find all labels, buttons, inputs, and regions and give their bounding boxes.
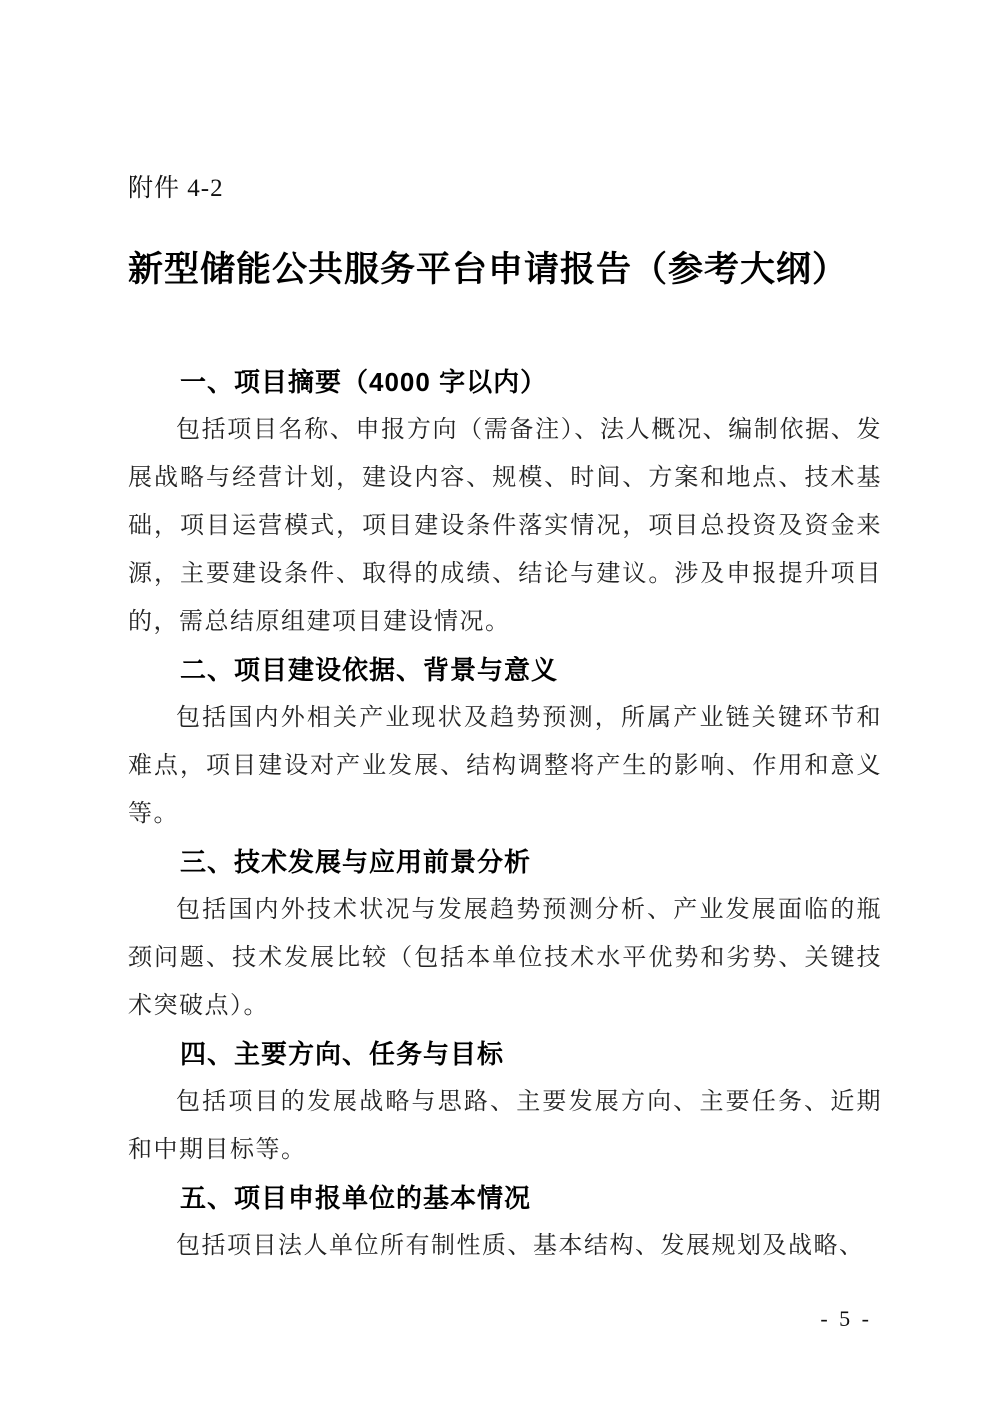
section-5-paragraph: 包括项目法人单位所有制性质、基本结构、发展规划及战略、 xyxy=(128,1222,882,1270)
document-title: 新型储能公共服务平台申请报告（参考大纲） xyxy=(128,248,882,292)
section-3-paragraph: 包括国内外技术状况与发展趋势预测分析、产业发展面临的瓶颈问题、技术发展比较（包括… xyxy=(128,886,882,1030)
section-heading-4: 四、主要方向、任务与目标 xyxy=(128,1030,882,1078)
section-heading-3: 三、技术发展与应用前景分析 xyxy=(128,838,882,886)
document-body: 一、项目摘要（4000 字以内）包括项目名称、申报方向（需备注）、法人概况、编制… xyxy=(128,358,882,1270)
section-1-paragraph: 包括项目名称、申报方向（需备注）、法人概况、编制依据、发展战略与经营计划，建设内… xyxy=(128,406,882,646)
section-heading-5: 五、项目申报单位的基本情况 xyxy=(128,1174,882,1222)
section-2-paragraph: 包括国内外相关产业现状及趋势预测，所属产业链关键环节和难点，项目建设对产业发展、… xyxy=(128,694,882,838)
section-heading-1: 一、项目摘要（4000 字以内） xyxy=(128,358,882,406)
section-heading-2: 二、项目建设依据、背景与意义 xyxy=(128,646,882,694)
attachment-label: 附件 4-2 xyxy=(128,168,882,204)
document-page: 附件 4-2 新型储能公共服务平台申请报告（参考大纲） 一、项目摘要（4000 … xyxy=(0,0,1000,1414)
page-number: - 5 - xyxy=(820,1306,872,1332)
section-4-paragraph: 包括项目的发展战略与思路、主要发展方向、主要任务、近期和中期目标等。 xyxy=(128,1078,882,1174)
